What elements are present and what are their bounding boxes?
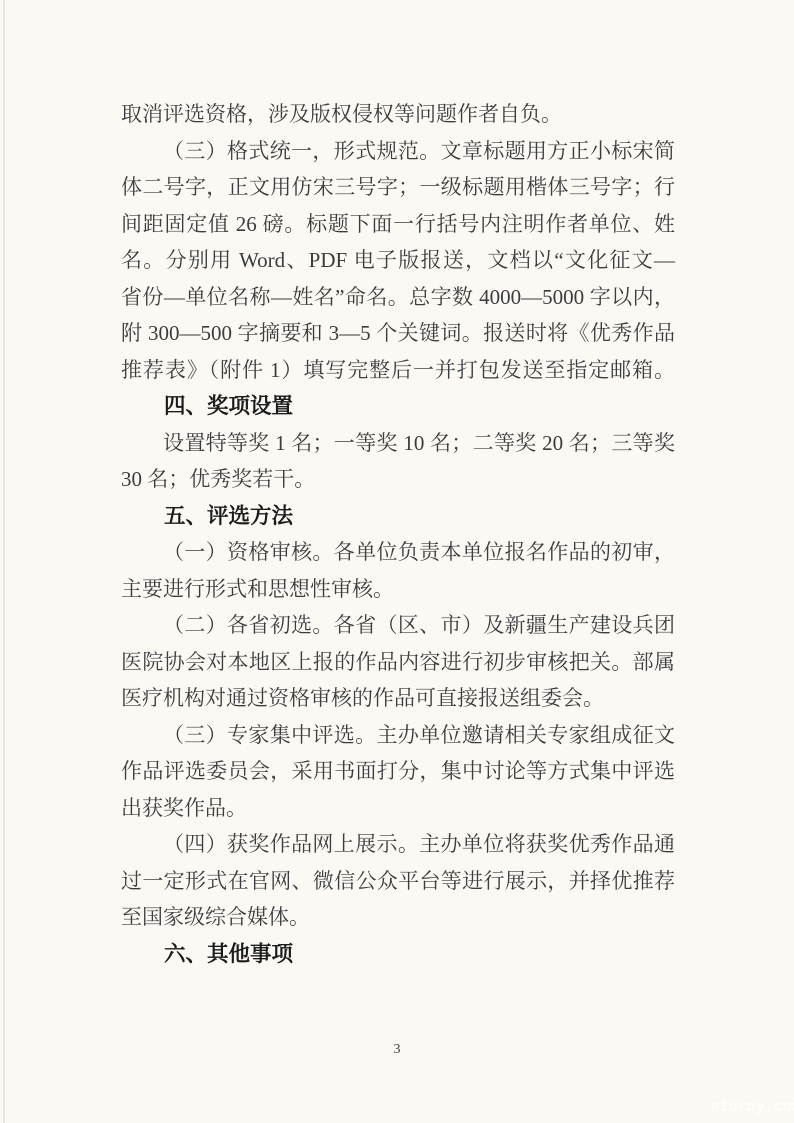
document-page: 取消评选资格，涉及版权侵权等问题作者自负。（三）格式统一，形式规范。文章标题用方… [0, 0, 794, 1123]
section-heading: 四、奖项设置 [121, 388, 675, 425]
text-line: （一）资格审核。各单位负责本单位报名作品的初审， [121, 534, 675, 571]
text-line: 医疗机构对通过资格审核的作品可直接报送组委会。 [121, 680, 675, 717]
text-line: 过一定形式在官网、微信公众平台等进行展示，并择优推荐 [121, 863, 675, 900]
text-line: （三）格式统一，形式规范。文章标题用方正小标宋简 [121, 133, 675, 170]
page-number: 3 [0, 1041, 794, 1059]
text-line: 附 300—500 字摘要和 3—5 个关键词。报送时将《优秀作品 [121, 315, 675, 352]
document-body: 取消评选资格，涉及版权侵权等问题作者自负。（三）格式统一，形式规范。文章标题用方… [121, 96, 675, 972]
text-line: （二）各省初选。各省（区、市）及新疆生产建设兵团 [121, 607, 675, 644]
text-line: 至国家级综合媒体。 [121, 899, 675, 936]
section-heading: 五、评选方法 [121, 498, 675, 535]
text-line: 30 名；优秀奖若干。 [121, 461, 675, 498]
text-line: 省份—单位名称—姓名”命名。总字数 4000—5000 字以内， [121, 279, 675, 316]
text-line: （四）获奖作品网上展示。主办单位将获奖优秀作品通 [121, 826, 675, 863]
section-heading: 六、其他事项 [121, 936, 675, 973]
text-line: 体二号字，正文用仿宋三号字；一级标题用楷体三号字；行 [121, 169, 675, 206]
text-line: （三）专家集中评选。主办单位邀请相关专家组成征文 [121, 717, 675, 754]
text-line: 医院协会对本地区上报的作品内容进行初步审核把关。部属 [121, 644, 675, 681]
text-line: 设置特等奖 1 名；一等奖 10 名；二等奖 20 名；三等奖 [121, 425, 675, 462]
text-line: 出获奖作品。 [121, 790, 675, 827]
text-line: 作品评选委员会，采用书面打分，集中讨论等方式集中评选 [121, 753, 675, 790]
scan-edge-line [3, 0, 5, 1123]
text-line: 间距固定值 26 磅。标题下面一行括号内注明作者单位、姓 [121, 206, 675, 243]
text-line: 名。分别用 Word、PDF 电子版报送，文档以“文化征文— [121, 242, 675, 279]
watermark: niuroy.com [711, 1097, 794, 1115]
text-line: 取消评选资格，涉及版权侵权等问题作者自负。 [121, 96, 675, 133]
text-line: 主要进行形式和思想性审核。 [121, 571, 675, 608]
text-line: 推荐表》（附件 1）填写完整后一并打包发送至指定邮箱。 [121, 352, 675, 389]
